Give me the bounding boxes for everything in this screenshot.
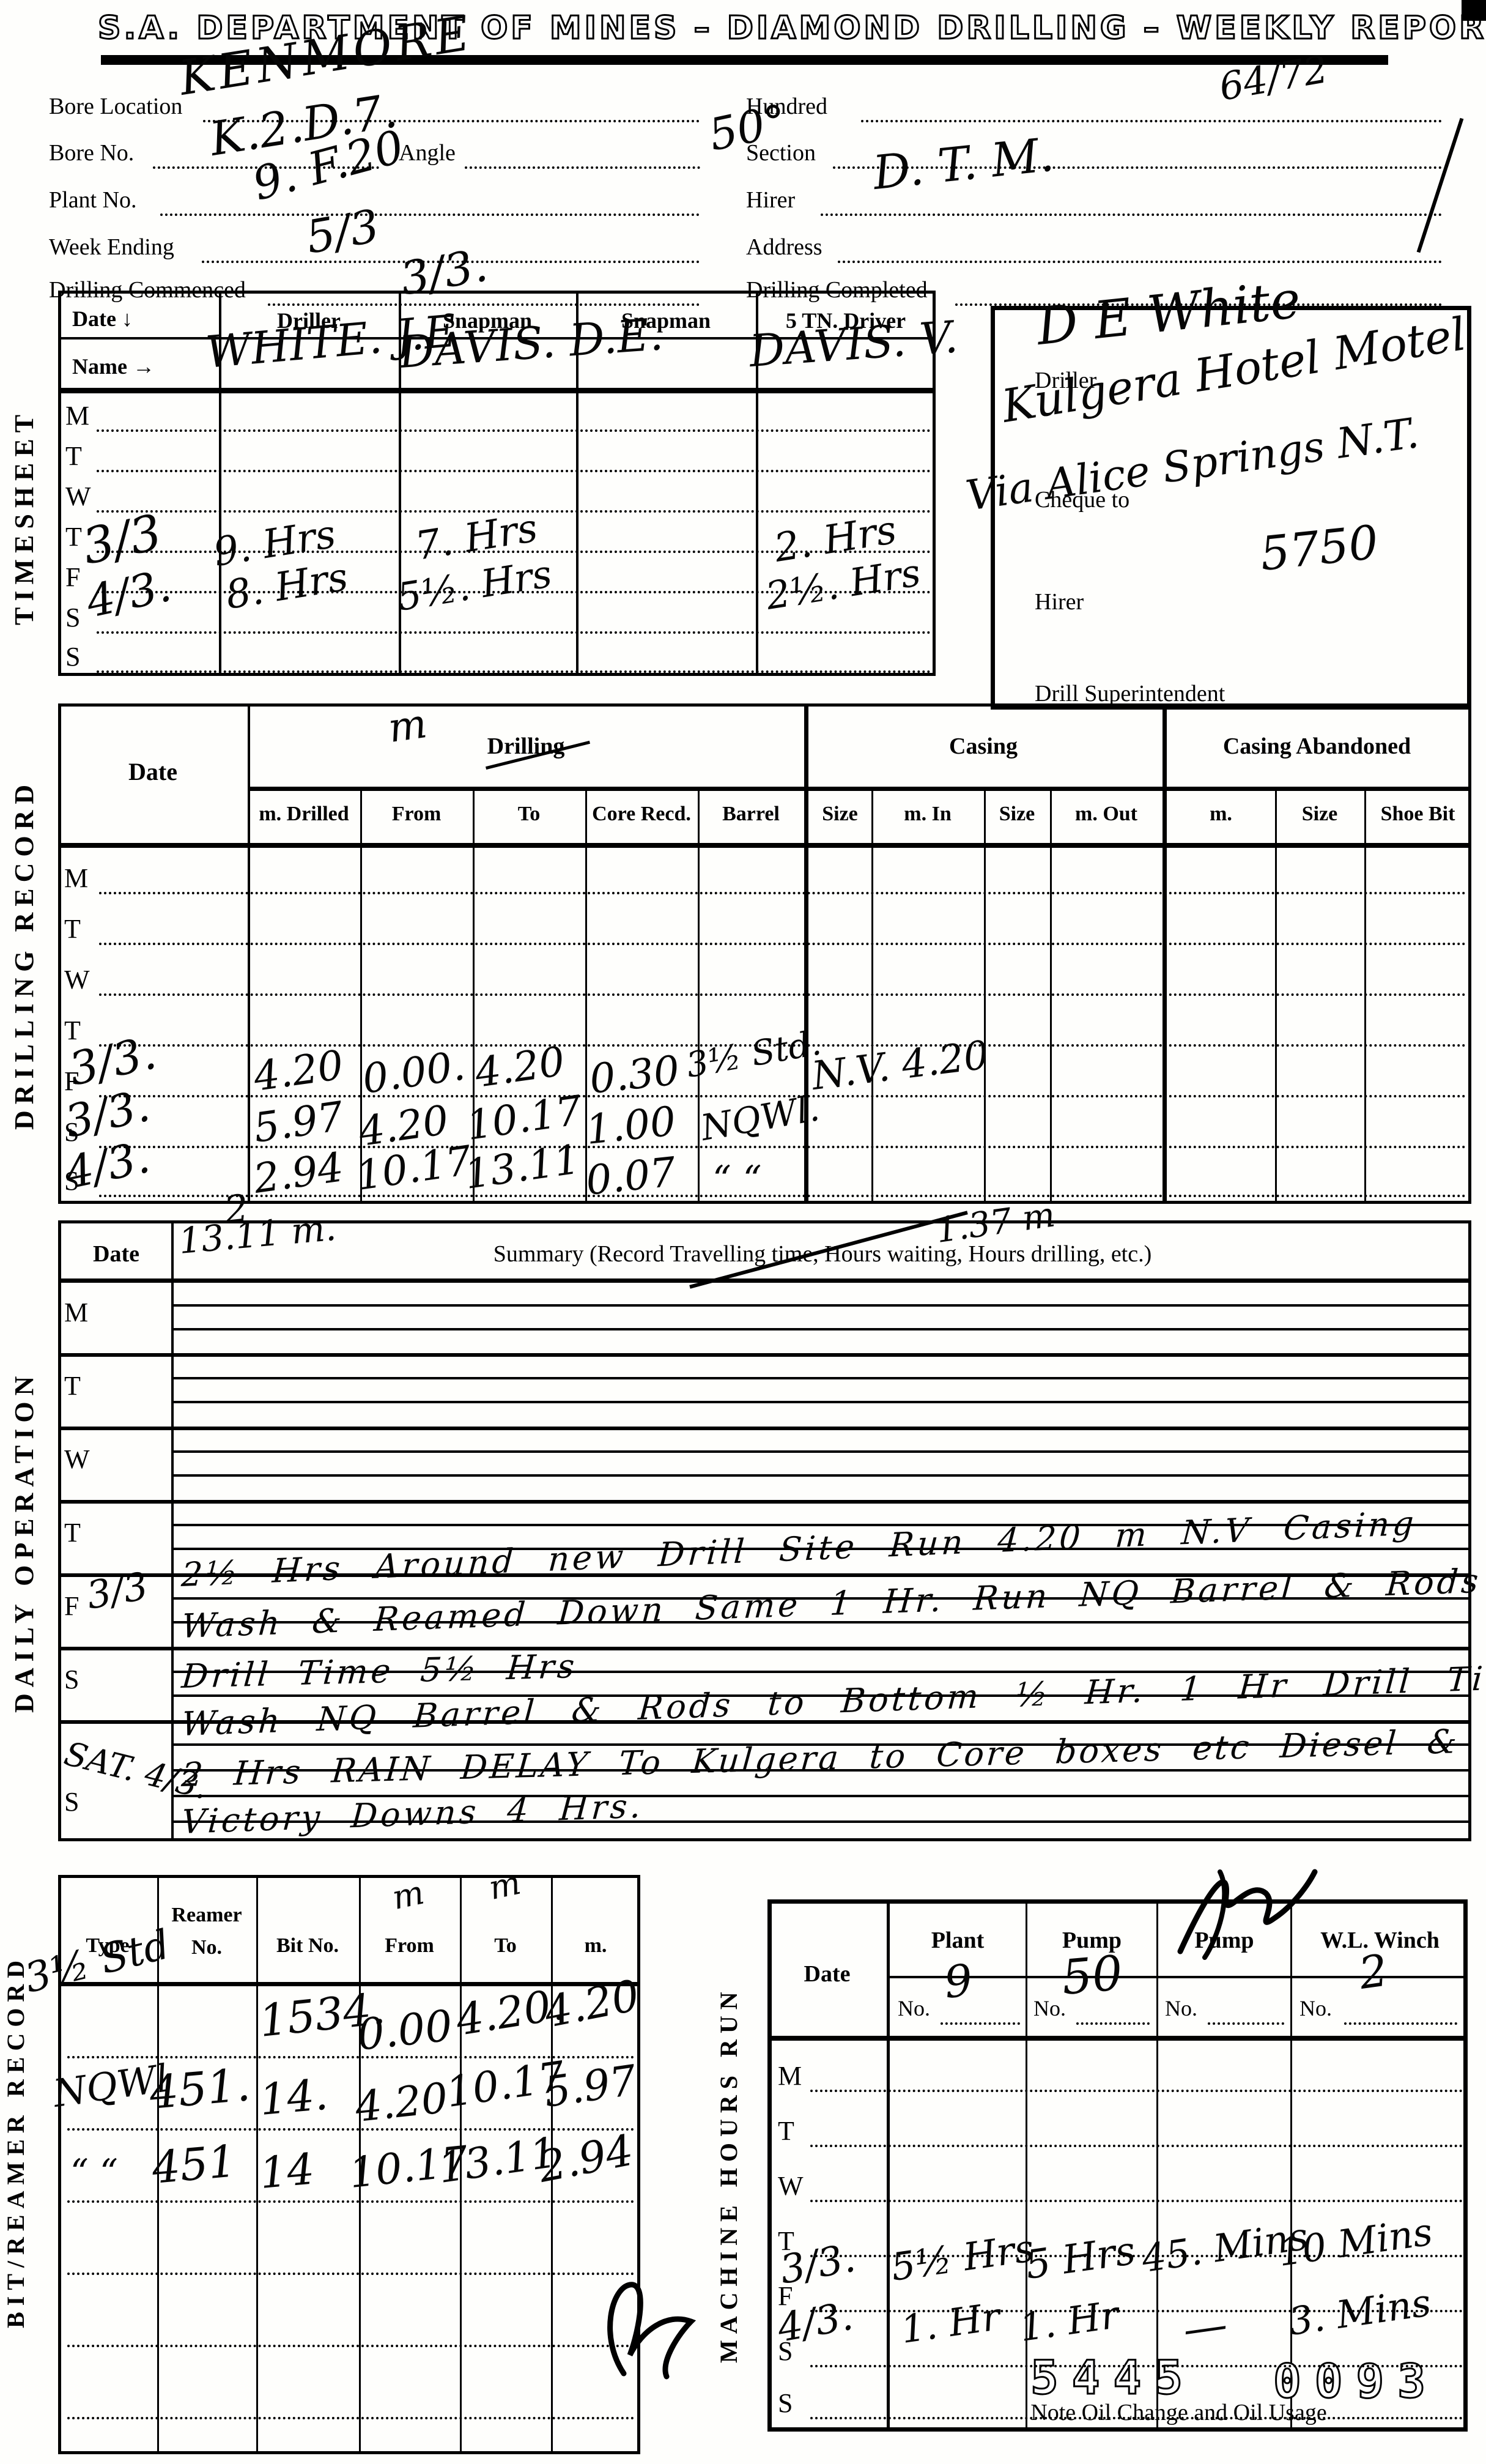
machine-no-line bbox=[1208, 2022, 1284, 2025]
machine-header-rule bbox=[767, 2036, 1468, 2041]
drilling-section-label: DRILLING RECORD bbox=[9, 771, 40, 1138]
row-dotted-line bbox=[99, 1195, 1466, 1197]
machine-no-label-pump1: No. bbox=[1033, 1995, 1066, 2021]
row-dotted-line bbox=[67, 2417, 634, 2419]
day-label: W bbox=[64, 1444, 90, 1475]
bit-col-from: From bbox=[359, 1934, 460, 1957]
day-label: W bbox=[64, 964, 90, 995]
section-label: Section bbox=[746, 139, 816, 166]
drilling-col-barrel: Barrel bbox=[698, 803, 804, 826]
row-dotted-line bbox=[810, 2310, 1463, 2312]
drilling-col-to: To bbox=[473, 803, 585, 826]
row-dotted-line bbox=[99, 1095, 1466, 1097]
daily-rule bbox=[173, 1474, 1468, 1477]
day-label: M bbox=[778, 2060, 802, 2091]
hw-dr-r2-m: 5.97 bbox=[251, 1096, 346, 1149]
hw-name-driver: DAVIS. V. bbox=[748, 314, 959, 373]
timesheet-name-header: Name → bbox=[72, 354, 155, 379]
bore-location-label: Bore Location bbox=[49, 93, 182, 120]
drilling-col-size1: Size bbox=[808, 803, 871, 826]
row-dotted-line bbox=[97, 631, 931, 634]
daily-rule bbox=[173, 1743, 1468, 1746]
machine-date-header: Date bbox=[767, 1961, 887, 1987]
hw-dr-r1-core: 0.30 bbox=[588, 1050, 681, 1100]
hw-dr-r3-m: 2.94 bbox=[251, 1147, 346, 1200]
day-label: M bbox=[65, 400, 89, 431]
row-dotted-line bbox=[97, 470, 931, 472]
drilling-col-size2: Size bbox=[984, 803, 1050, 826]
daily-rule bbox=[173, 1694, 1468, 1697]
day-label: S bbox=[65, 641, 80, 672]
drilling-date-header: Date bbox=[58, 757, 248, 786]
daily-rule bbox=[173, 1820, 1468, 1823]
oil-note: Note Oil Change and Oil Usage bbox=[890, 2399, 1468, 2426]
machine-no-line bbox=[1076, 2022, 1150, 2025]
timesheet-date-header: Date ↓ bbox=[72, 306, 133, 332]
daily-band-rule bbox=[58, 1647, 1471, 1650]
drilling-group-rule bbox=[248, 787, 1471, 791]
machine-section-label: MACHINE HOURS RUN bbox=[714, 1979, 743, 2370]
hw-bit-r2-bit: 14. bbox=[258, 2073, 330, 2121]
row-dotted-line bbox=[99, 993, 1466, 996]
hw-bit-r1-from: 0.00 bbox=[355, 2004, 454, 2057]
drilling-col-m-drilled: m. Drilled bbox=[248, 803, 360, 826]
hw-bit-r2-from: 4.20 bbox=[353, 2078, 450, 2129]
hirer-line bbox=[821, 213, 1442, 216]
drilling-subcol bbox=[1050, 790, 1052, 1204]
day-label: T bbox=[778, 2115, 794, 2147]
meter-stamp-left: 5445 bbox=[1030, 2350, 1196, 2405]
day-label: T bbox=[64, 1517, 81, 1548]
drilling-col-border bbox=[248, 703, 250, 1204]
hw-dr-r3-barrel: “ “ bbox=[712, 1161, 761, 1198]
day-label: F bbox=[778, 2280, 793, 2312]
plant-no-label: Plant No. bbox=[49, 187, 137, 213]
hw-bit-r3-type: “ “ bbox=[70, 2154, 118, 2190]
row-dotted-line bbox=[67, 2273, 634, 2275]
row-dotted-line bbox=[67, 2128, 634, 2131]
hw-pump1-number: 50 bbox=[1060, 1950, 1125, 2002]
bit-col-m: m. bbox=[551, 1934, 640, 1957]
bore-no-label: Bore No. bbox=[49, 139, 134, 166]
day-label: F bbox=[64, 1066, 79, 1097]
day-label: M bbox=[64, 1297, 88, 1328]
daily-rule bbox=[173, 1671, 1468, 1673]
row-dotted-line bbox=[99, 943, 1466, 945]
drilling-subcol bbox=[871, 790, 873, 1204]
hw-plant-number: 9 bbox=[942, 1958, 974, 2005]
hw-bit-r3-reamer: 451 bbox=[150, 2139, 238, 2190]
drilling-subcol bbox=[984, 790, 986, 1204]
daily-rule bbox=[173, 1524, 1468, 1526]
day-label: S bbox=[65, 602, 80, 633]
daily-rule bbox=[173, 1377, 1468, 1379]
drilling-col-m-in: m. In bbox=[871, 803, 984, 826]
row-dotted-line bbox=[97, 429, 931, 432]
daily-rule bbox=[173, 1548, 1468, 1550]
bit-col-reamer2: No. bbox=[157, 1936, 256, 1959]
row-dotted-line bbox=[97, 591, 931, 593]
row-dotted-line bbox=[99, 892, 1466, 894]
hw-dr-r1-m: 4.20 bbox=[251, 1045, 346, 1097]
plant-no-line bbox=[160, 213, 700, 216]
row-dotted-line bbox=[67, 2200, 634, 2203]
day-label: S bbox=[64, 1664, 79, 1695]
hw-bit-r3-bit: 14 bbox=[258, 2148, 316, 2195]
machine-no-label-plant: No. bbox=[898, 1995, 930, 2021]
bit-col-to: To bbox=[460, 1934, 551, 1957]
drilling-col-m-out: m. Out bbox=[1050, 803, 1163, 826]
hw-dr-r3-core: 0.07 bbox=[584, 1152, 678, 1201]
daily-summary-header: Summary (Record Travelling time, Hours w… bbox=[174, 1241, 1471, 1267]
row-dotted-line bbox=[97, 510, 931, 513]
daily-rule bbox=[173, 1450, 1468, 1453]
drilling-subcol bbox=[1364, 790, 1366, 1204]
row-dotted-line bbox=[97, 670, 931, 673]
row-dotted-line bbox=[99, 1146, 1466, 1148]
daily-section-label: DAILY OPERATION bbox=[9, 1346, 40, 1737]
address-line bbox=[838, 261, 1442, 263]
drilling-col-from: From bbox=[360, 803, 473, 826]
daily-rule bbox=[173, 1401, 1468, 1403]
daily-band-rule bbox=[58, 1500, 1471, 1504]
machine-col-plant: Plant bbox=[890, 1927, 1026, 1954]
drilling-subheader-rule bbox=[58, 843, 1471, 848]
row-dotted-line bbox=[810, 2365, 1463, 2367]
row-dotted-line bbox=[810, 2145, 1463, 2147]
address-label: Address bbox=[746, 234, 822, 261]
day-label: S bbox=[64, 1786, 79, 1817]
row-dotted-line bbox=[810, 2255, 1463, 2257]
hw-bit-r2-m: 5.97 bbox=[542, 2060, 639, 2114]
drilling-subcol bbox=[1275, 790, 1277, 1204]
daily-header-rule bbox=[58, 1278, 1471, 1283]
day-label: T bbox=[65, 440, 82, 472]
daily-rule bbox=[173, 1621, 1468, 1623]
daily-band-rule bbox=[58, 1353, 1471, 1357]
daily-band-rule bbox=[58, 1427, 1471, 1430]
daily-rule bbox=[173, 1328, 1468, 1330]
drilling-col-core: Core Recd. bbox=[585, 803, 698, 826]
daily-date-border bbox=[171, 1220, 174, 1841]
hw-mh-saturday-pump2: — bbox=[1180, 2302, 1230, 2351]
panel-hirer-label: Hirer bbox=[1035, 588, 1084, 615]
machine-col-border bbox=[1026, 1899, 1027, 2432]
row-dotted-line bbox=[97, 551, 931, 553]
drilling-col-size3: Size bbox=[1275, 803, 1364, 826]
bit-col-border bbox=[256, 1875, 258, 2454]
machine-no-line bbox=[1344, 2022, 1457, 2025]
day-label: M bbox=[64, 863, 88, 894]
day-label: W bbox=[65, 481, 91, 512]
day-label: T bbox=[64, 1015, 81, 1046]
day-label: F bbox=[65, 562, 80, 593]
bit-reamer-section-label: BIT/REAMER RECORD bbox=[1, 1939, 30, 2343]
day-label: T bbox=[65, 521, 82, 552]
drilling-col-m: m. bbox=[1167, 803, 1275, 826]
daily-band-rule bbox=[58, 1573, 1471, 1577]
bit-col-bit: Bit No. bbox=[256, 1934, 359, 1957]
drilling-subcol bbox=[698, 790, 700, 1204]
day-label: F bbox=[64, 1590, 79, 1622]
daily-rule bbox=[173, 1769, 1468, 1772]
daily-rule bbox=[173, 1597, 1468, 1600]
hw-annotation-m: m bbox=[386, 703, 429, 749]
daily-rule bbox=[173, 1304, 1468, 1307]
hundred-label: Hundred bbox=[746, 93, 827, 120]
row-dotted-line bbox=[99, 1044, 1466, 1047]
machine-no-label-pump2: No. bbox=[1165, 1995, 1197, 2021]
day-label: S bbox=[64, 1116, 79, 1148]
drilling-group-drilling: Drilling bbox=[248, 733, 804, 760]
hw-winch-number: 2 bbox=[1356, 1948, 1390, 1995]
row-dotted-line bbox=[810, 2417, 1463, 2419]
daily-band-rule bbox=[58, 1720, 1471, 1724]
row-dotted-line bbox=[67, 2056, 634, 2058]
drilling-group-border bbox=[1163, 703, 1167, 1204]
drilling-col-shoe: Shoe Bit bbox=[1364, 803, 1471, 826]
hw-dr-r1-to: 4.20 bbox=[473, 1041, 567, 1094]
hundred-line bbox=[861, 120, 1442, 122]
bit-col-reamer1: Reamer bbox=[157, 1904, 256, 1927]
drilling-group-abandoned: Casing Abandoned bbox=[1163, 733, 1471, 760]
day-label: S bbox=[64, 1165, 79, 1197]
hw-bit-r2-reamer: 451. bbox=[148, 2062, 253, 2116]
angle-line bbox=[465, 166, 700, 169]
scan-artifact bbox=[1462, 0, 1486, 21]
scanned-weekly-report: S.A. DEPARTMENT OF MINES – DIAMOND DRILL… bbox=[0, 0, 1486, 2464]
day-label: T bbox=[64, 1370, 81, 1401]
hw-bit-to-annotation: m bbox=[486, 1866, 523, 1905]
timesheet-section-label: TIMESHEET bbox=[9, 373, 40, 661]
hw-hirer: D. T. M. bbox=[871, 131, 1056, 196]
hw-panel-cheque3: 5750 bbox=[1258, 519, 1380, 577]
daily-date-header: Date bbox=[58, 1241, 174, 1267]
day-label: W bbox=[778, 2170, 804, 2202]
row-dotted-line bbox=[810, 2200, 1463, 2202]
handwritten-scribble bbox=[1162, 1860, 1321, 1982]
hirer-field-label: Hirer bbox=[746, 187, 795, 213]
hw-week-ending: 5/3 bbox=[303, 203, 382, 261]
hw-dr-r2-core: 1.00 bbox=[584, 1101, 678, 1151]
signature-stroke bbox=[1417, 118, 1464, 253]
machine-no-label-winch: No. bbox=[1299, 1995, 1332, 2021]
row-dotted-line bbox=[67, 2345, 634, 2347]
drilling-group-casing: Casing bbox=[804, 733, 1163, 760]
machine-col-border bbox=[887, 1899, 890, 2432]
timesheet-names-rule bbox=[58, 388, 936, 393]
machine-no-line bbox=[941, 2022, 1020, 2025]
day-label: T bbox=[778, 2225, 794, 2257]
day-label: S bbox=[778, 2388, 793, 2419]
daily-rule bbox=[173, 1795, 1468, 1797]
handwritten-flourish bbox=[587, 2263, 734, 2398]
week-ending-label: Week Ending bbox=[49, 234, 174, 261]
day-label: S bbox=[778, 2336, 793, 2367]
row-dotted-line bbox=[810, 2090, 1463, 2092]
day-label: T bbox=[64, 913, 81, 944]
hw-bit-from-annotation: m bbox=[390, 1876, 427, 1915]
